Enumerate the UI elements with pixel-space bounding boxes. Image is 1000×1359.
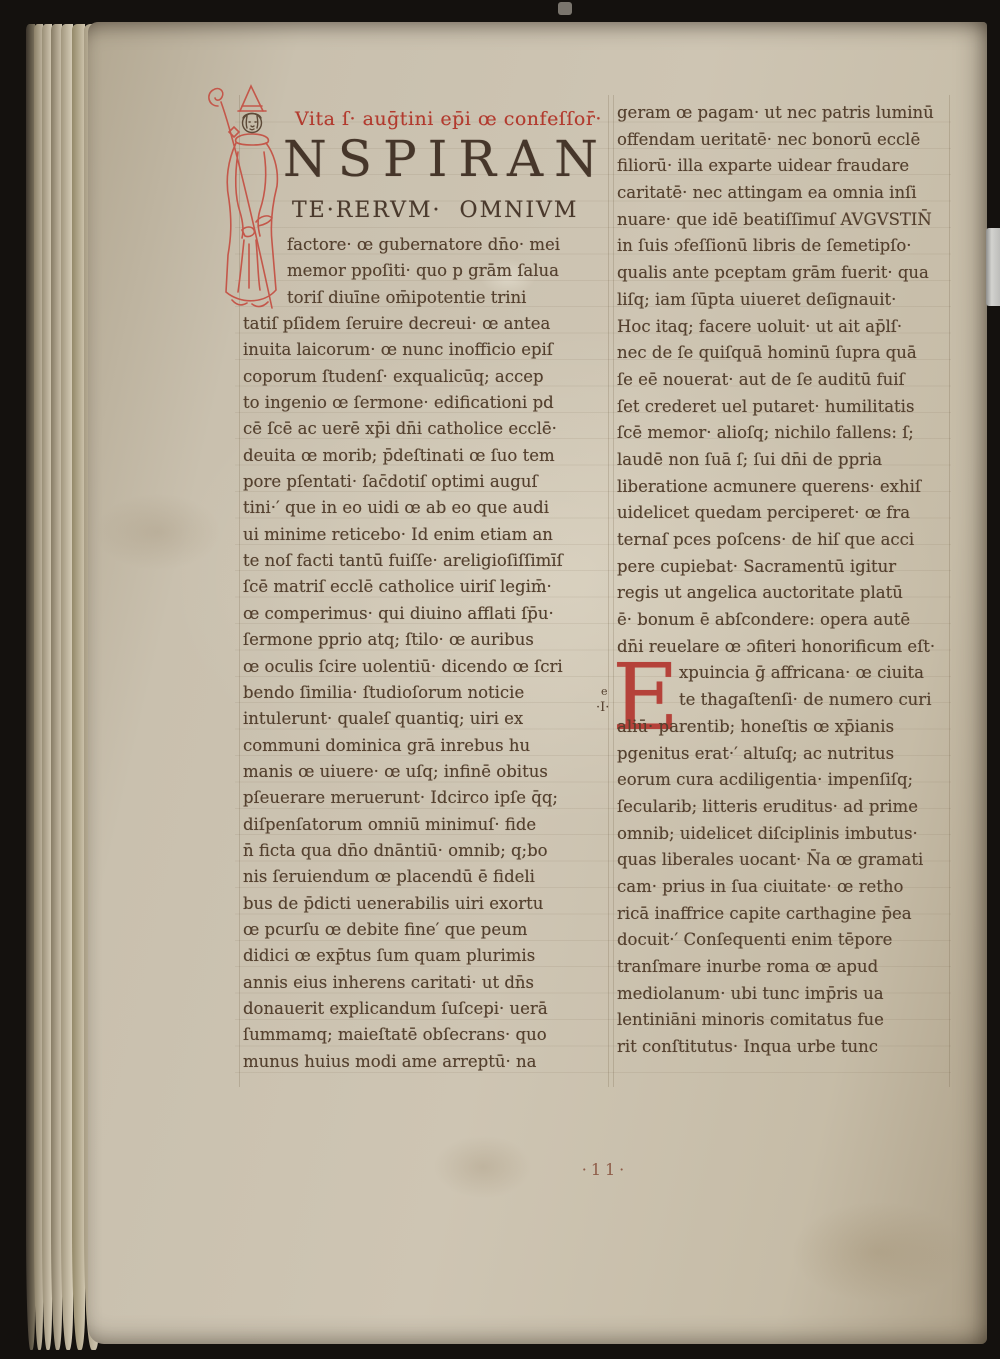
- right-text-column: geram œ pagam· ut nec patris luminūoffen…: [617, 100, 957, 1061]
- text-line: docuit·′ Conſequenti enim tēpore: [617, 927, 957, 954]
- text-line: geram œ pagam· ut nec patris luminū: [617, 100, 957, 127]
- text-line: tini·′ que in eo uidi œ ab eo que audi: [243, 495, 615, 521]
- text-line: ē· bonum ē abſcondere: opera autē: [617, 607, 957, 634]
- text-line: ſermone pprio atq; ſtilo· œ auribus: [243, 627, 615, 653]
- collar: [236, 134, 269, 145]
- text-line: munus huius modi ame arreptū· na: [243, 1049, 615, 1075]
- text-line: coporum ſtudenſ· exqualicūq; accep: [243, 364, 615, 390]
- text-line: pgenitus erat·′ altuſq; ac nutritus: [617, 741, 957, 768]
- text-line: omnib; uidelicet diſciplinis imbutus·: [617, 821, 957, 848]
- text-line: cam· prius in ſua ciuitate· œ retho: [617, 874, 957, 901]
- text-line: ricā inaffrice capite carthagine p̄ea: [617, 901, 957, 928]
- text-line: ſecularib; litteris eruditus· ad prime: [617, 794, 957, 821]
- text-line: didici œ exp̄tus ſum quam plurimis: [243, 943, 615, 969]
- text-line: factore· œ gubernatore dn̄o· mei: [243, 232, 615, 258]
- text-line: n̄ ficta qua dn̄o dnāntiū· omnib; q;bo: [243, 838, 615, 864]
- display-capitals-line2: TE·RERVM· OMNIVM: [292, 198, 578, 223]
- text-line: communi dominica grā inrebus hu: [243, 733, 615, 759]
- manuscript-photo: Vita ſ· auḡtini ep̄i œ confeſſor̄· NSPIR…: [0, 0, 1000, 1359]
- text-line: te thagaſtenſi· de numero curi: [617, 687, 957, 714]
- text-line: nuare· que idē beatiſſimuſ AVGVSTIN̄: [617, 207, 957, 234]
- text-line: ſcē matriſ ecclē catholice uiriſ legim̄·: [243, 574, 615, 600]
- text-line: uidelicet quedam perciperet· œ fra: [617, 500, 957, 527]
- right-edge-tab: [986, 228, 1000, 306]
- text-line: te noſ facti tantū fuiſſe· areligioſiſſi…: [243, 548, 615, 574]
- text-line: donauerit explicandum ſuſcepi· uerā: [243, 996, 615, 1022]
- text-line: mediolanum· ubi tunc imp̄ris ua: [617, 981, 957, 1008]
- folio-number: ·11·: [560, 1160, 650, 1179]
- text-line: in ſuis ɔfeſſionū libris de ſemetipſo·: [617, 233, 957, 260]
- text-line: ſe eē nouerat· aut de ſe auditū fuiſ: [617, 367, 957, 394]
- text-line: dn̄i reuelare œ ɔfiteri honorificum eſt·: [617, 634, 957, 661]
- text-line: œ oculis ſcire uolentiū· dicendo œ ſcri: [243, 654, 615, 680]
- text-line: ſet crederet uel putaret· humilitatis: [617, 394, 957, 421]
- text-line: offendam ueritatē· nec bonorū ecclē: [617, 127, 957, 154]
- text-line: rit conſtitutus· Inqua urbe tunc: [617, 1034, 957, 1061]
- display-capitals-line1: NSPIRAN: [283, 130, 609, 188]
- text-line: aliū· parentib; honeſtis œ xp̄ianis: [617, 714, 957, 741]
- text-line: to ingenio œ ſermone· edificationi pd: [243, 390, 615, 416]
- text-line: toriſ diuīne om̄ipotentie trini: [243, 285, 615, 311]
- text-line: filiorū· illa exparte uidear fraudare: [617, 153, 957, 180]
- text-line: annis eius inherens caritati· ut dn̄s: [243, 970, 615, 996]
- text-line: œ comperimus· qui diuino afflati ſp̄u·: [243, 601, 615, 627]
- margin-note-e: e: [601, 685, 608, 698]
- text-line: bendo ſimilia· ſtudioſorum noticie: [243, 680, 615, 706]
- text-line: pſeuerare meruerunt· Idcirco ipſe q̄q;: [243, 785, 615, 811]
- text-line: ſummamq; maieſtatē obſecrans· quo: [243, 1022, 615, 1048]
- text-line: eorum cura acdiligentia· impenſiſq;: [617, 767, 957, 794]
- text-line: bus de p̄dicti uenerabilis uiri exortu: [243, 891, 615, 917]
- text-line: liberatione acmunere querens· exhiſ: [617, 474, 957, 501]
- text-line: Hoc itaq; facere uoluit· ut ait ap̄lſ·: [617, 314, 957, 341]
- text-line: tatiſ pſidem ſeruire decreui· œ antea: [243, 311, 615, 337]
- text-line: quas liberales uocant· N̄a œ gramati: [617, 847, 957, 874]
- mitre-icon: [240, 86, 263, 111]
- text-line: xpuincia ḡ affricana· œ ciuita: [617, 660, 957, 687]
- text-line: caritatē· nec attingam ea omnia inſi: [617, 180, 957, 207]
- margin-note-numeral: ·I·: [596, 700, 609, 715]
- text-line: diſpenſatorum omniū minimuſ· fide: [243, 812, 615, 838]
- text-line: memor ppoſiti· quo p grām ſalua: [243, 258, 615, 284]
- text-line: cē ſcē ac uerē xp̄i dn̄i catholice ecclē…: [243, 416, 615, 442]
- text-line: inuita laicorum· œ nunc inofficio epiſ: [243, 337, 615, 363]
- text-line: ſcē memor· alioſq; nichilo fallens: ſ;: [617, 420, 957, 447]
- top-edge-mark: [558, 2, 572, 15]
- text-line: liſq; iam ſūpta uiueret deſignauit·: [617, 287, 957, 314]
- text-line: laudē non ſuā ſ; ſui dn̄i de ppria: [617, 447, 957, 474]
- text-line: pore pſentati· ſac̄dotiſ optimi auguſ: [243, 469, 615, 495]
- text-line: nec de ſe quiſquā hominū ſupra quā: [617, 340, 957, 367]
- text-line: deuita œ morib; p̄deſtinati œ ſuo tem: [243, 443, 615, 469]
- text-line: pere cupiebat· Sacramentū igitur: [617, 554, 957, 581]
- text-line: manis œ uiuere· œ uſq; infinē obitus: [243, 759, 615, 785]
- text-line: ui minime reticebo· Id enim etiam an: [243, 522, 615, 548]
- rubric-title: Vita ſ· auḡtini ep̄i œ confeſſor̄·: [295, 108, 595, 130]
- text-line: ternaſ pces poſcens· de hiſ que acci: [617, 527, 957, 554]
- text-line: qualis ante pceptam grām fuerit· qua: [617, 260, 957, 287]
- left-text-column: factore· œ gubernatore dn̄o· meimemor pp…: [243, 232, 615, 1075]
- text-line: regis ut angelica auctoritate platū: [617, 580, 957, 607]
- text-line: tranſmare inurbe roma œ apud: [617, 954, 957, 981]
- text-line: lentiniāni minoris comitatus fue: [617, 1007, 957, 1034]
- text-line: intulerunt· qualeſ quantiq; uiri ex: [243, 706, 615, 732]
- text-line: nis ſeruiendum œ placendū ē fideli: [243, 864, 615, 890]
- text-line: œ pcurſu œ debite fine′ que peum: [243, 917, 615, 943]
